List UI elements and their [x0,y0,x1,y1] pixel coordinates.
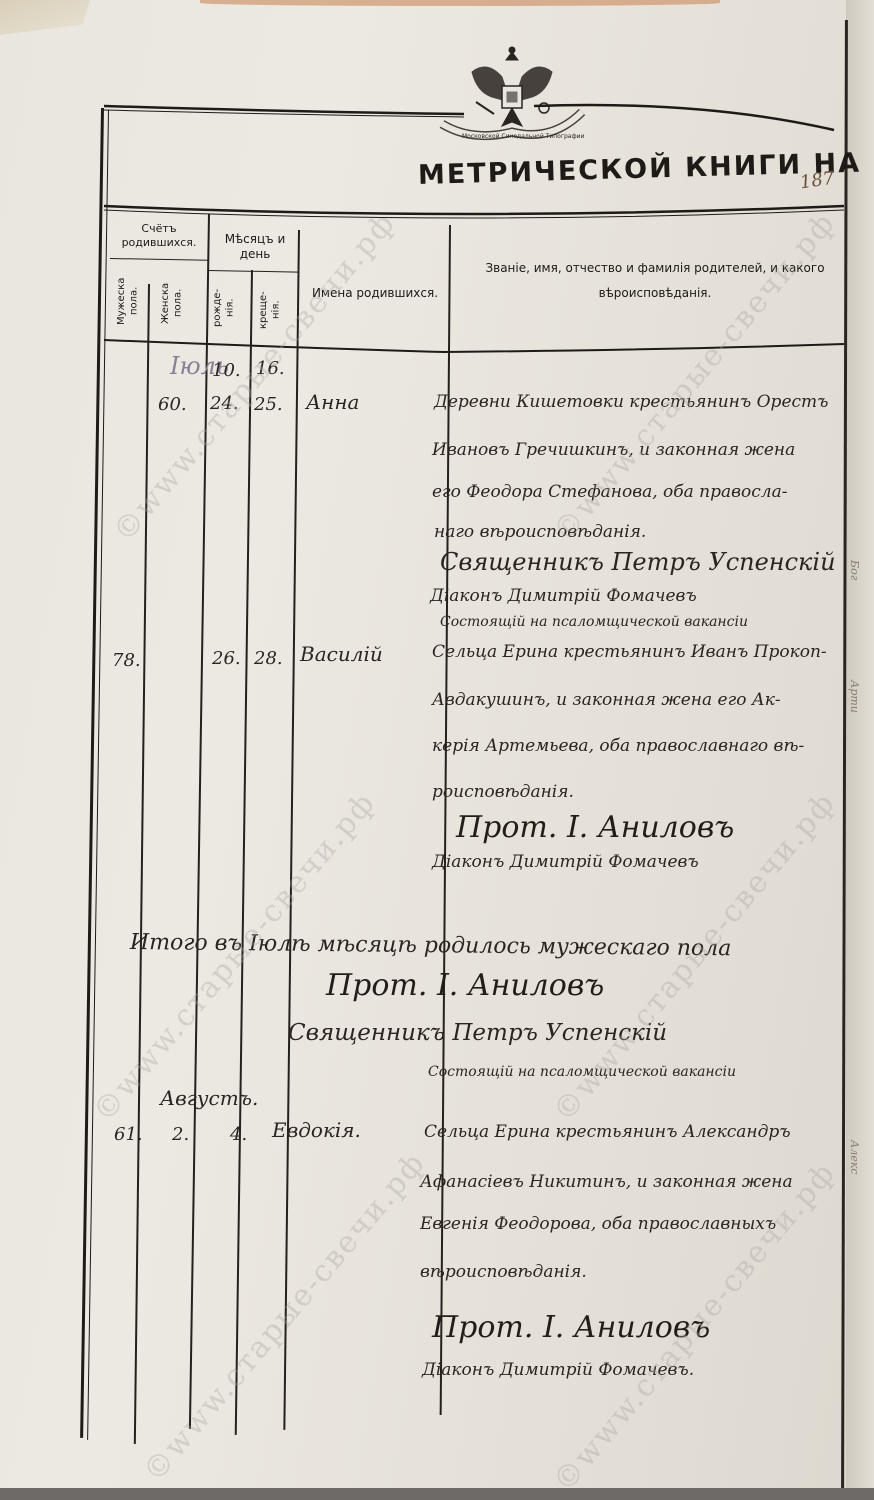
table-left-border [80,108,104,1438]
signature: Прот. І. Аниловъ [326,968,604,1003]
signature: Діаконъ Димитрій Фомачевъ. [422,1360,694,1380]
header-male: Мужеска пола. [116,270,144,332]
column-divider [235,270,253,1435]
header-baptism: креще- нія. [258,282,286,338]
birth-day: 24. [210,393,239,414]
signature: Прот. І. Аниловъ [432,1310,710,1345]
header-count: Счётъ родившихся. [112,222,206,250]
parents-line: вѣроисповѣданія. [420,1262,587,1282]
facing-page [846,0,874,1500]
table-top-border [104,100,844,140]
parents-line: его Феодора Стефанова, оба правосла- [432,482,788,502]
parents-line: Сельца Ерина крестьянинъ Александръ [424,1122,791,1142]
column-divider [134,284,150,1444]
column-divider [189,214,210,1429]
birth-day: 26. [212,648,241,669]
column-divider [283,230,300,1430]
psalm-reader-note: Состоящій на псаломщической вакансіи [428,1064,736,1080]
baptism-day: 4. [230,1124,247,1145]
facing-page-text: Бог [848,560,861,580]
signature: Прот. І. Аниловъ [456,810,734,845]
signature: Священникъ Петръ Успенскій [288,1020,667,1046]
signature: Священникъ Петръ Успенскій [440,548,836,576]
signature: Діаконъ Димитрій Фомачевъ [430,586,697,606]
signature: Діаконъ Димитрій Фомачевъ [432,852,699,872]
month-label: Августъ. [160,1086,258,1110]
header-divider [208,270,298,273]
header-birth: рожде- нія. [212,280,240,336]
parents-line: Деревни Кишетовки крестьянинъ Орестъ [434,392,828,412]
child-name: Анна [306,390,359,414]
header-month-day: Мѣсяцъ и день [212,232,298,262]
female-number: 61. [114,1124,143,1145]
background-edge [200,0,720,6]
baptism-day: 25. [254,394,283,415]
birth-day: 2. [172,1124,189,1145]
header-names: Имена родившихся. [304,286,446,301]
male-number: 78. [112,650,141,671]
child-name: Евдокія. [272,1118,361,1142]
parents-line: Ивановъ Гречишкинъ, и законная жена [432,440,795,460]
birth-day-prev: 10. [212,360,241,381]
header-parents: Званіе, имя, отчество и фамилія родителе… [470,256,840,306]
register-page: Бог Арти Алекс Московской Синодальной Ти… [0,0,874,1500]
parents-line: Сельца Ерина крестьянинъ Иванъ Прокоп- [432,642,827,662]
baptism-day: 28. [254,648,283,669]
facing-page-text: Алекс [848,1140,861,1175]
parents-line: роисповѣданія. [432,782,574,802]
parents-line: Афанасіевъ Никитинъ, и законная жена [420,1172,793,1192]
parents-line: Евгенія Феодорова, оба православныхъ [420,1214,776,1234]
torn-corner [0,0,90,35]
total-line: Итого въ Іюлѣ мѣсяцѣ родилось мужескаго … [130,930,732,961]
psalm-reader-note: Состоящій на псаломщической вакансіи [440,614,748,630]
year-handwritten: 187 [799,168,836,194]
header-female: Женска пола. [160,272,188,334]
parents-line: керія Артемьева, оба православнаго вѣ- [432,736,804,756]
child-name: Василій [300,642,383,666]
header-divider [110,258,208,261]
parents-line: Авдакушинъ, и законная жена его Ак- [432,690,781,710]
table-surface [0,1488,874,1500]
facing-page-text: Арти [848,680,861,713]
parents-line: наго вѣроисповѣданія. [434,522,646,542]
baptism-day-prev: 16. [256,358,285,379]
female-number: 60. [158,394,187,415]
